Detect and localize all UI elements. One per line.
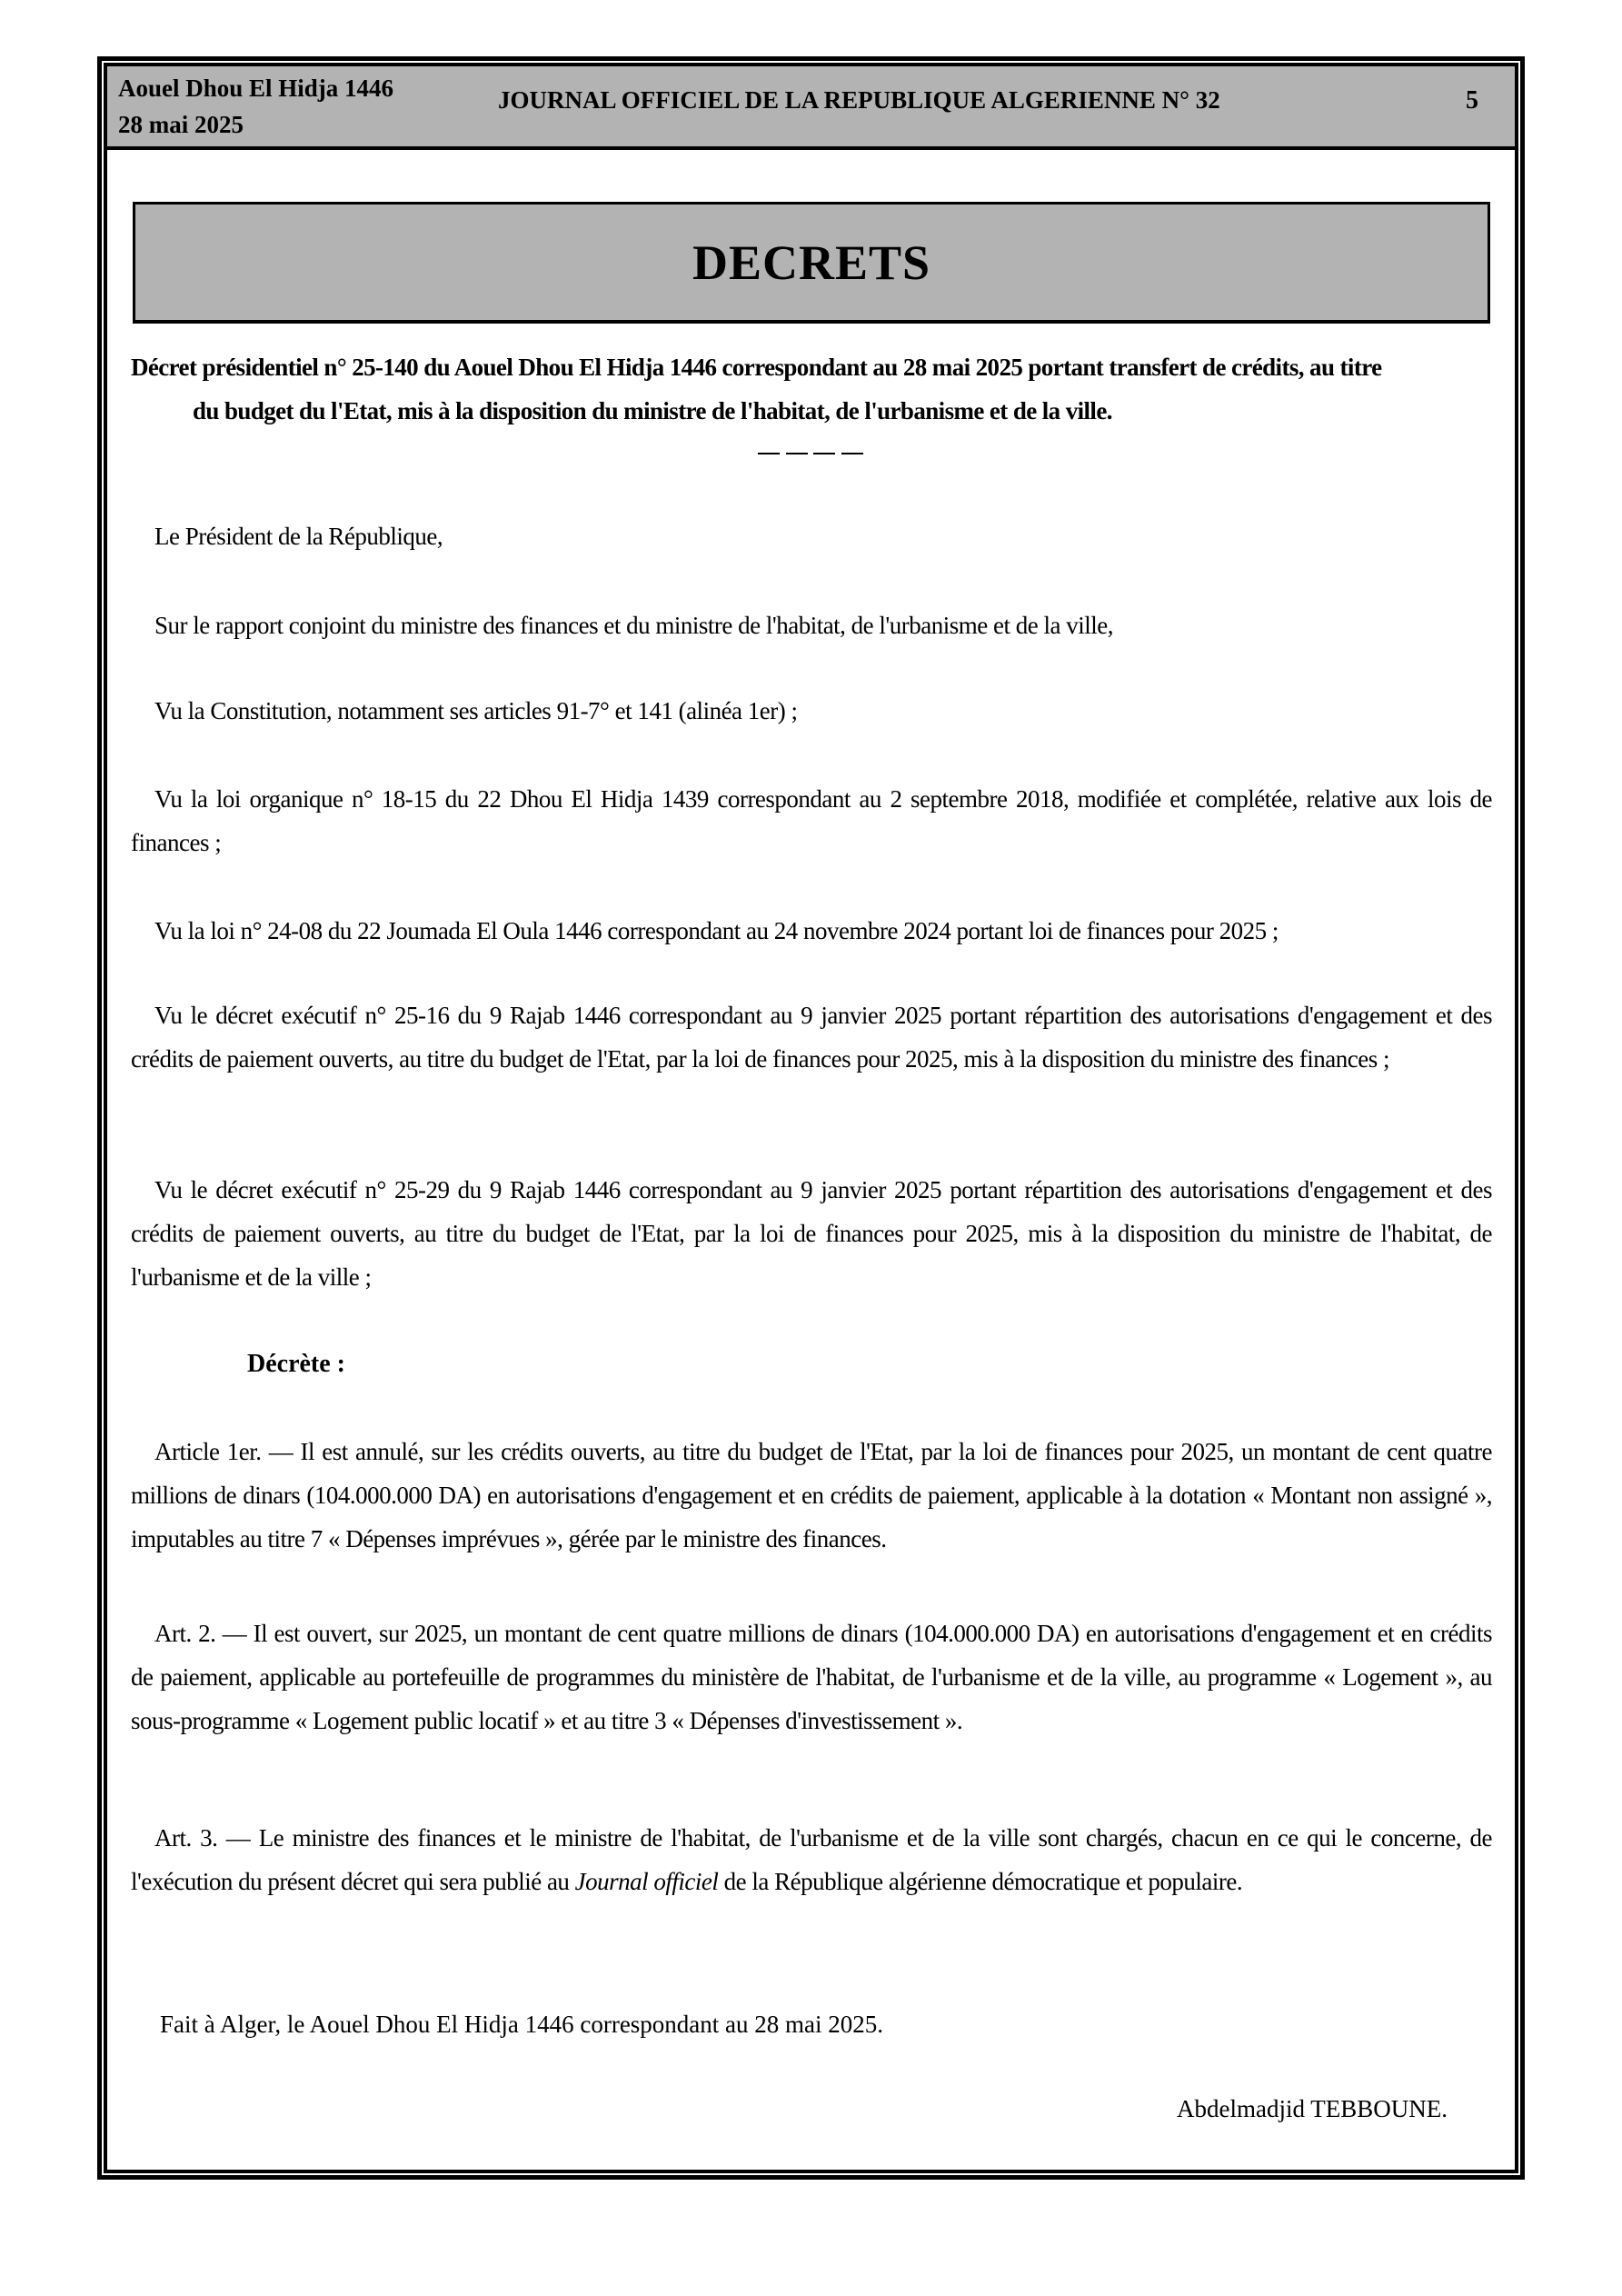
decree-title-line1: Décret présidentiel n° 25-140 du Aouel D… xyxy=(131,354,1382,381)
preamble-constitution: Vu la Constitution, notamment ses articl… xyxy=(131,689,1492,733)
header-date: Aouel Dhou El Hidja 1446 28 mai 2025 xyxy=(118,70,393,143)
preamble-decret-25-16: Vu le décret exécutif n° 25-16 du 9 Raja… xyxy=(131,993,1492,1081)
closing-statement: Fait à Alger, le Aouel Dhou El Hidja 144… xyxy=(160,2011,883,2039)
header-date-gregorian: 28 mai 2025 xyxy=(118,106,393,143)
page-number: 5 xyxy=(1466,86,1478,115)
section-title: DECRETS xyxy=(692,235,930,291)
article-1: Article 1er. — Il est annulé, sur les cr… xyxy=(131,1430,1492,1561)
title-separator xyxy=(758,446,863,461)
decree-title: Décret présidentiel n° 25-140 du Aouel D… xyxy=(131,345,1492,433)
preamble-president: Le Président de la République, xyxy=(131,514,1492,558)
signature: Abdelmadjid TEBBOUNE. xyxy=(1177,2095,1448,2123)
decrete-label: Décrète : xyxy=(247,1350,345,1379)
header-date-hijri: Aouel Dhou El Hidja 1446 xyxy=(118,70,393,106)
preamble-loi-organique: Vu la loi organique n° 18-15 du 22 Dhou … xyxy=(131,777,1492,864)
journal-title: JOURNAL OFFICIEL DE LA REPUBLIQUE ALGERI… xyxy=(498,86,1220,115)
article-3: Art. 3. — Le ministre des finances et le… xyxy=(131,1816,1492,1903)
preamble-decret-25-29: Vu le décret exécutif n° 25-29 du 9 Raja… xyxy=(131,1168,1492,1299)
journal-header: Aouel Dhou El Hidja 1446 28 mai 2025 JOU… xyxy=(107,66,1515,150)
preamble-rapport: Sur le rapport conjoint du ministre des … xyxy=(131,604,1492,647)
section-heading-box: DECRETS xyxy=(133,202,1490,324)
journal-officiel-italic: Journal officiel xyxy=(575,1868,719,1895)
decree-title-line2: du budget du l'Etat, mis à la dispositio… xyxy=(131,389,1492,433)
article-2: Art. 2. — Il est ouvert, sur 2025, un mo… xyxy=(131,1612,1492,1742)
preamble-loi-finances: Vu la loi n° 24-08 du 22 Joumada El Oula… xyxy=(131,909,1492,953)
